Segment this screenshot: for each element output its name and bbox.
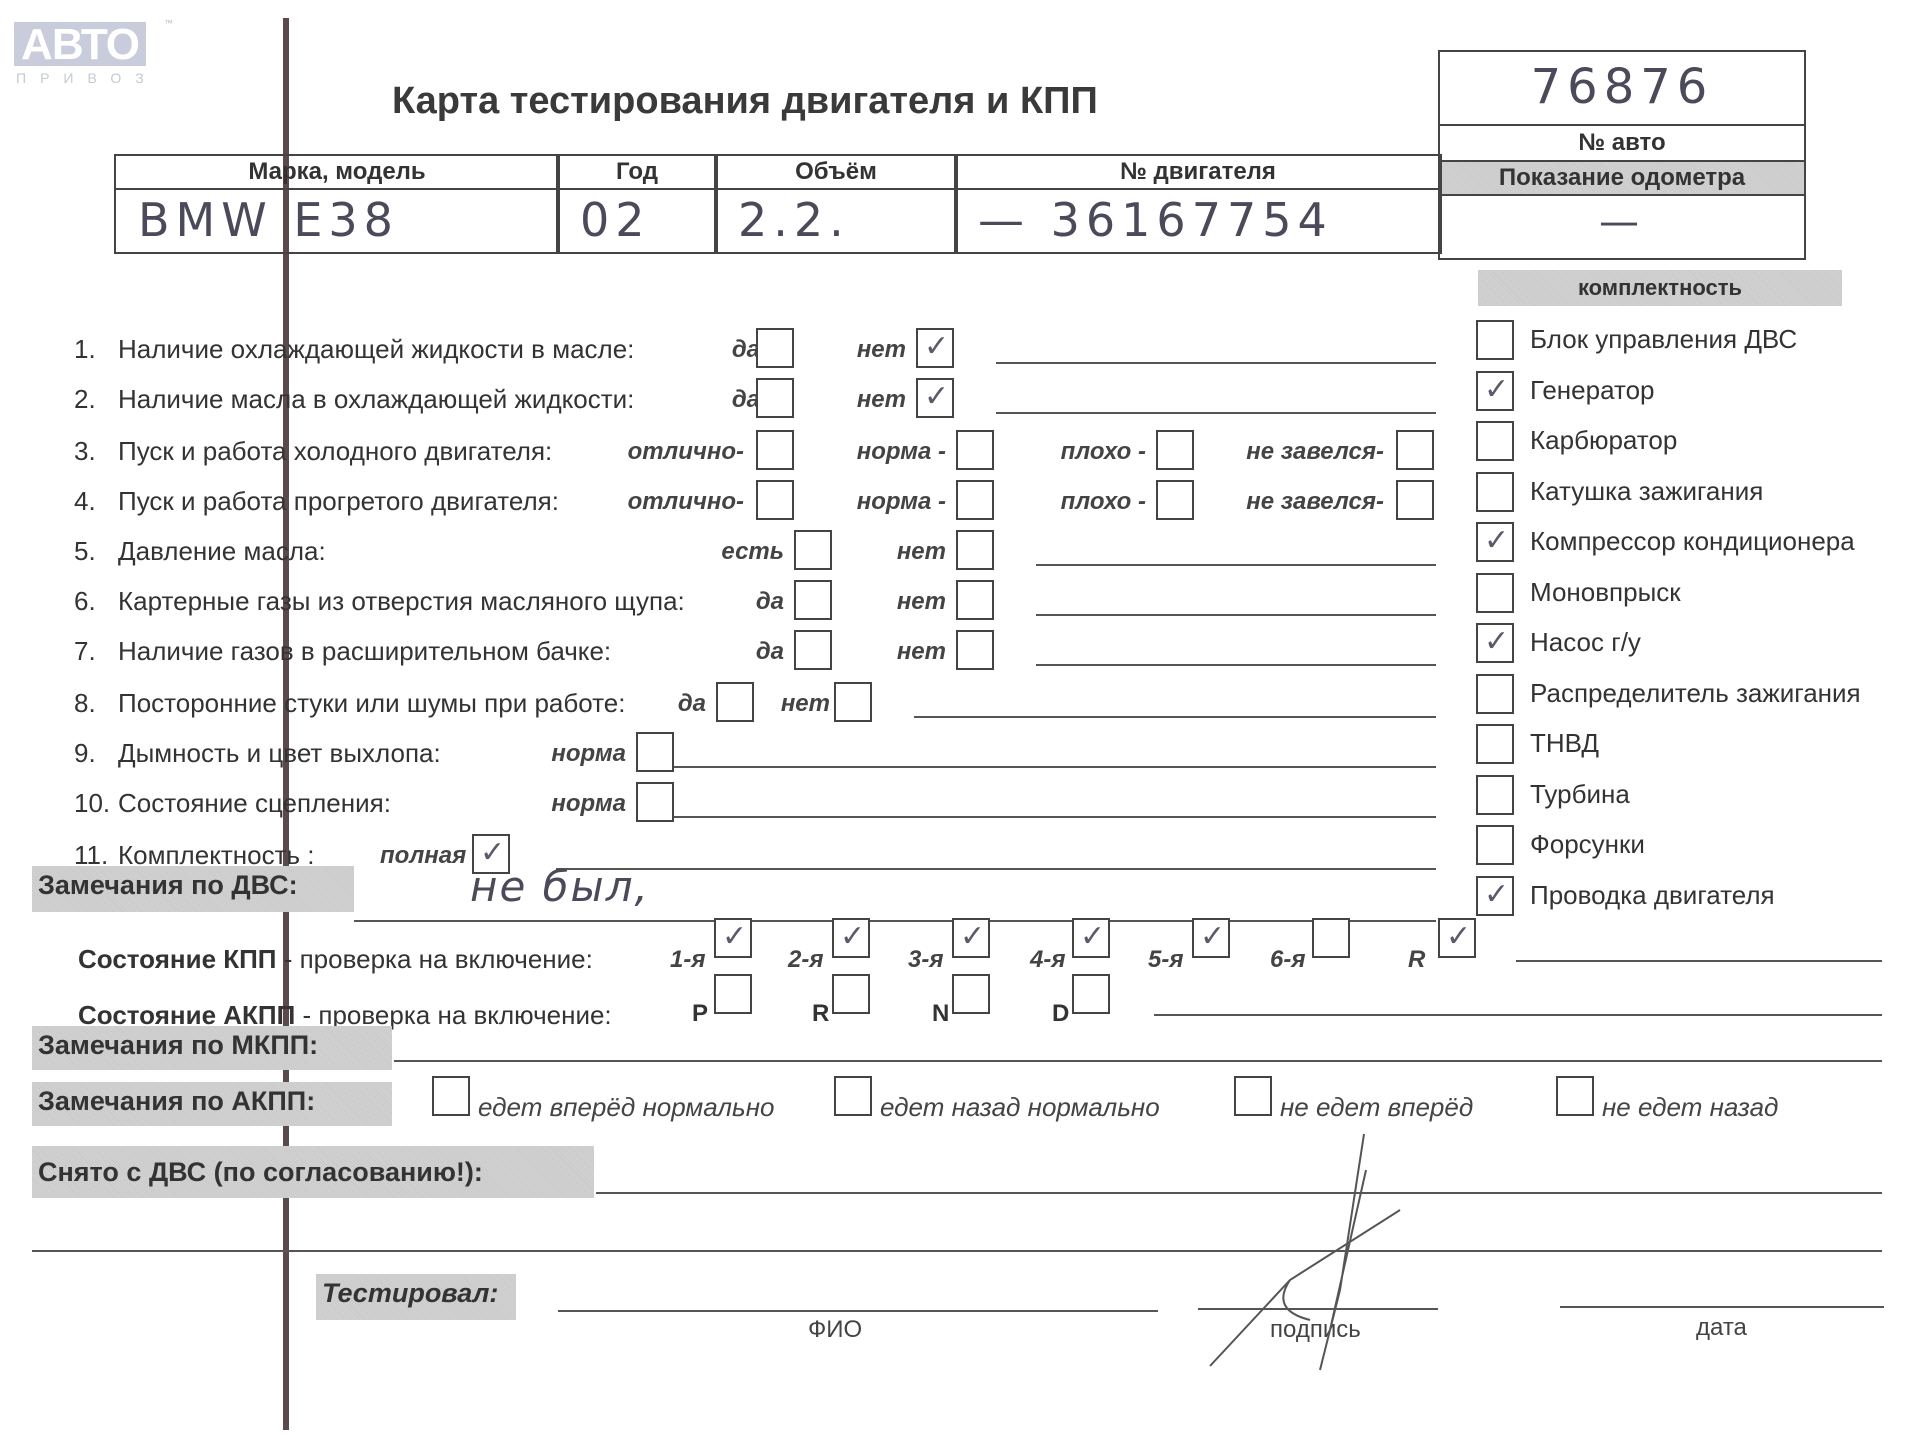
gear-position-label: P xyxy=(692,1000,708,1028)
odometer-field[interactable]: — xyxy=(1438,194,1806,260)
brand-model-header: Марка, модель xyxy=(114,154,560,190)
removed-line-2[interactable] xyxy=(32,1250,1882,1252)
gear-label: 3-я xyxy=(908,946,943,974)
completeness-item: Турбина xyxy=(1530,779,1630,810)
check-option-box[interactable] xyxy=(636,732,674,772)
car-number-field[interactable]: 76876 xyxy=(1438,50,1806,126)
gear-label: 6-я xyxy=(1270,946,1305,974)
check-mark-icon: ✓ xyxy=(1484,375,1509,405)
check-mark-icon: ✓ xyxy=(1080,922,1105,952)
check-option-label: нет xyxy=(630,690,830,718)
check-number: 5. xyxy=(74,536,96,567)
check-number: 2. xyxy=(74,384,96,415)
check-option-label: норма - xyxy=(746,488,946,516)
check-mark-icon: ✓ xyxy=(1484,880,1509,910)
check-mark-icon: ✓ xyxy=(1484,526,1509,556)
gear-position-label: D xyxy=(1052,1000,1069,1028)
removed-label: Снято с ДВС (по согласованию!): xyxy=(32,1146,594,1198)
completeness-box[interactable] xyxy=(1476,573,1514,613)
check-mark-icon: ✓ xyxy=(1446,922,1471,952)
completeness-item: Проводка двигателя xyxy=(1530,880,1775,911)
check-notes-line[interactable] xyxy=(996,412,1436,414)
completeness-box[interactable]: ✓ xyxy=(1476,522,1514,562)
volume-header: Объём xyxy=(714,154,958,190)
check-option-label: нет xyxy=(746,638,946,666)
completeness-item: Моновпрыск xyxy=(1530,577,1681,608)
completeness-item: Блок управления ДВС xyxy=(1530,324,1797,355)
check-question: Состояние сцепления: xyxy=(118,788,391,819)
completeness-box[interactable] xyxy=(1476,775,1514,815)
completeness-box[interactable] xyxy=(1476,421,1514,461)
brand-model-field[interactable]: BMW E38 xyxy=(114,188,560,254)
gear-box[interactable]: ✓ xyxy=(1192,918,1230,958)
akpp-option-label: едет назад нормально xyxy=(880,1092,1160,1123)
volume-field[interactable]: 2.2. xyxy=(714,188,958,254)
date-caption: дата xyxy=(1696,1314,1747,1342)
engine-number-field[interactable]: — 36167754 xyxy=(954,188,1442,254)
check-option-label: нет xyxy=(706,336,906,364)
check-question: Давление масла: xyxy=(118,536,326,567)
completeness-item: ТНВД xyxy=(1530,728,1599,759)
check-number: 9. xyxy=(74,738,96,769)
page-title: Карта тестирования двигателя и КПП xyxy=(392,80,1098,123)
check-option-label: плохо - xyxy=(946,438,1146,466)
check-number: 3. xyxy=(74,436,96,467)
check-notes-line[interactable] xyxy=(996,362,1436,364)
manual-gearbox-line xyxy=(1516,960,1882,962)
completeness-item: Распределитель зажигания xyxy=(1530,678,1861,709)
check-option-label: нет xyxy=(746,588,946,616)
gear-position-box[interactable] xyxy=(952,974,990,1014)
check-mark-icon: ✓ xyxy=(924,332,949,362)
car-number-label: № авто xyxy=(1440,126,1804,160)
akpp-option-box[interactable] xyxy=(1234,1076,1272,1116)
check-option-label: норма xyxy=(426,740,626,768)
check-option-label: отлично- xyxy=(544,438,744,466)
odometer-label: Показание одометра xyxy=(1440,162,1804,194)
completeness-item: Генератор xyxy=(1530,375,1655,406)
check-option-label: нет xyxy=(706,386,906,414)
check-question: Наличие масла в охлаждающей жидкости: xyxy=(118,384,634,415)
engine-number-header: № двигателя xyxy=(954,154,1442,190)
fio-line[interactable] xyxy=(558,1310,1158,1312)
check-number: 10. xyxy=(74,788,110,819)
check-mark-icon: ✓ xyxy=(1200,922,1225,952)
year-header: Год xyxy=(556,154,718,190)
completeness-title: комплектность xyxy=(1478,270,1842,306)
check-mark-icon: ✓ xyxy=(960,922,985,952)
check-option-label: плохо - xyxy=(946,488,1146,516)
check-mark-icon: ✓ xyxy=(722,922,747,952)
date-line[interactable] xyxy=(1560,1306,1884,1308)
check-question: Наличие газов в расширительном бачке: xyxy=(118,636,611,667)
akpp-option-box[interactable] xyxy=(834,1076,872,1116)
gear-position-box[interactable] xyxy=(832,974,870,1014)
engine-remarks-line xyxy=(354,920,1436,922)
akpp-option-box[interactable] xyxy=(1556,1076,1594,1116)
check-question: Наличие охлаждающей жидкости в масле: xyxy=(118,334,634,365)
check-question: Дымность и цвет выхлопа: xyxy=(118,738,441,769)
check-number: 7. xyxy=(74,636,96,667)
gear-label: 2-я xyxy=(788,946,823,974)
gear-box[interactable]: ✓ xyxy=(1072,918,1110,958)
gear-position-label: R xyxy=(812,1000,829,1028)
check-option-box[interactable] xyxy=(1396,430,1434,470)
check-notes-line[interactable] xyxy=(674,766,1436,768)
check-question: Пуск и работа холодного двигателя: xyxy=(118,436,552,467)
akpp-option-label: не едет назад xyxy=(1602,1092,1778,1123)
logo-sub: ПРИВОЗ xyxy=(14,70,158,86)
check-mark-icon: ✓ xyxy=(924,382,949,412)
check-option-box[interactable] xyxy=(956,530,994,570)
check-number: 6. xyxy=(74,586,96,617)
completeness-box[interactable]: ✓ xyxy=(1476,623,1514,663)
completeness-box[interactable] xyxy=(1476,825,1514,865)
completeness-box[interactable] xyxy=(1476,320,1514,360)
gear-label: 1-я xyxy=(670,946,705,974)
gear-box[interactable]: ✓ xyxy=(952,918,990,958)
check-option-box[interactable] xyxy=(636,782,674,822)
logo-tm: ™ xyxy=(164,18,173,28)
gear-label: 4-я xyxy=(1030,946,1065,974)
check-number: 4. xyxy=(74,486,96,517)
signature-scribble-icon xyxy=(1200,1130,1460,1380)
check-question: Пуск и работа прогретого двигателя: xyxy=(118,486,559,517)
gear-box[interactable]: ✓ xyxy=(832,918,870,958)
logo: АВТО ™ ПРИВОЗ xyxy=(14,22,158,86)
check-number: 8. xyxy=(74,688,96,719)
gear-box[interactable]: ✓ xyxy=(1438,918,1476,958)
check-option-label: норма - xyxy=(746,438,946,466)
completeness-item: Карбюратор xyxy=(1530,425,1677,456)
check-option-box[interactable] xyxy=(1396,480,1434,520)
completeness-box[interactable]: ✓ xyxy=(1476,371,1514,411)
auto-gearbox-line xyxy=(1154,1014,1882,1016)
gear-label: 5-я xyxy=(1148,946,1183,974)
completeness-item: Компрессор кондиционера xyxy=(1530,526,1855,557)
year-field[interactable]: 02 xyxy=(556,188,718,254)
check-notes-line[interactable] xyxy=(914,716,1436,718)
engine-remarks-value[interactable]: не был, xyxy=(470,862,650,911)
completeness-item: Насос г/у xyxy=(1530,627,1641,658)
check-option-box[interactable]: ✓ xyxy=(916,378,954,418)
check-mark-icon: ✓ xyxy=(840,922,865,952)
mkpp-remarks-line[interactable] xyxy=(394,1060,1882,1062)
check-notes-line[interactable] xyxy=(1036,564,1436,566)
car-number-header: № авто xyxy=(1438,124,1806,162)
akpp-option-label: едет вперёд нормально xyxy=(478,1092,774,1123)
check-notes-line[interactable] xyxy=(674,816,1436,818)
odometer-value: — xyxy=(1440,196,1804,248)
tested-by-label: Тестировал: xyxy=(316,1274,516,1320)
akpp-remarks-label: Замечания по АКПП: xyxy=(32,1082,392,1126)
odometer-header: Показание одометра xyxy=(1438,160,1806,196)
check-notes-line[interactable] xyxy=(1036,614,1436,616)
gear-position-box[interactable] xyxy=(1072,974,1110,1014)
check-option-label: отлично- xyxy=(544,488,744,516)
check-option-box[interactable]: ✓ xyxy=(916,328,954,368)
akpp-option-label: не едет вперёд xyxy=(1280,1092,1473,1123)
gear-label: R xyxy=(1408,946,1425,974)
logo-brand: АВТО xyxy=(14,22,146,66)
car-number-value: 76876 xyxy=(1440,52,1804,122)
gear-box[interactable] xyxy=(1312,918,1350,958)
check-option-box[interactable] xyxy=(956,580,994,620)
completeness-box[interactable] xyxy=(1476,724,1514,764)
akpp-option-box[interactable] xyxy=(432,1076,470,1116)
manual-gearbox-label: Состояние КПП - проверка на включение: xyxy=(78,944,593,975)
check-option-label: нет xyxy=(746,538,946,566)
check-option-label: полная xyxy=(380,842,466,870)
mkpp-remarks-label: Замечания по МКПП: xyxy=(32,1026,392,1070)
check-mark-icon: ✓ xyxy=(1484,627,1509,657)
gear-position-box[interactable] xyxy=(714,974,752,1014)
completeness-item: Катушка зажигания xyxy=(1530,476,1763,507)
check-number: 1. xyxy=(74,334,96,365)
gear-position-label: N xyxy=(932,1000,949,1028)
completeness-box[interactable]: ✓ xyxy=(1476,876,1514,916)
completeness-item: Форсунки xyxy=(1530,829,1645,860)
fio-caption: ФИО xyxy=(808,1316,862,1344)
check-option-label: не завелся- xyxy=(1184,488,1384,516)
check-option-label: не завелся- xyxy=(1184,438,1384,466)
check-option-box[interactable] xyxy=(956,630,994,670)
completeness-box[interactable] xyxy=(1476,472,1514,512)
completeness-box[interactable] xyxy=(1476,674,1514,714)
check-notes-line[interactable] xyxy=(556,868,1436,870)
gear-box[interactable]: ✓ xyxy=(714,918,752,958)
engine-remarks-label: Замечания по ДВС: xyxy=(32,866,354,912)
check-option-box[interactable] xyxy=(834,682,872,722)
check-notes-line[interactable] xyxy=(1036,664,1436,666)
check-option-label: норма xyxy=(426,790,626,818)
